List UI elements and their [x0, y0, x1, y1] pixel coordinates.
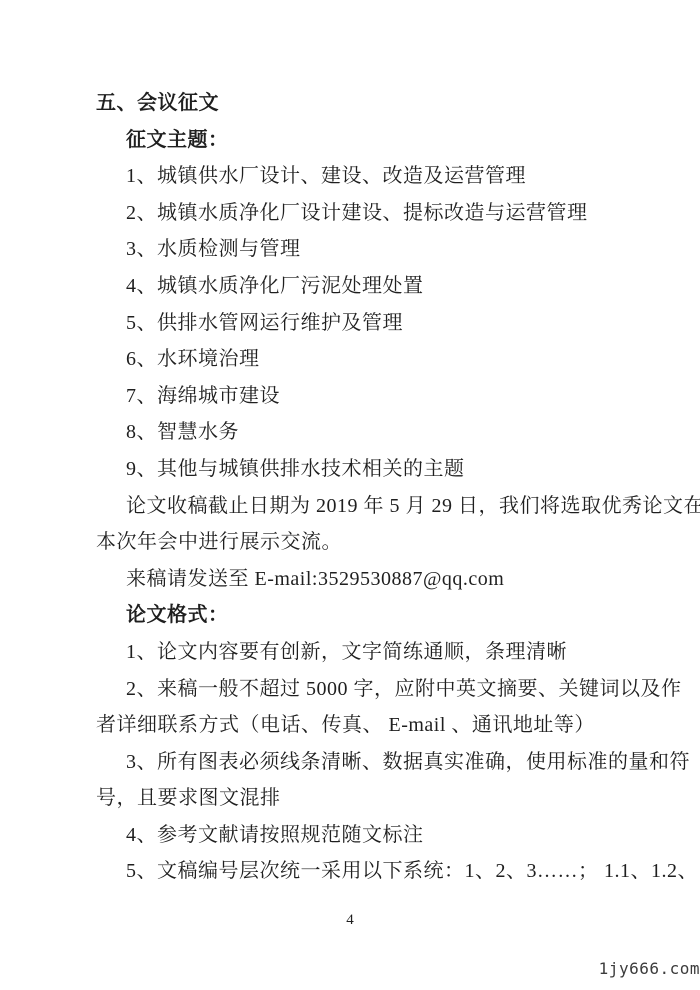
- topic-item: 3、水质检测与管理: [96, 231, 596, 268]
- format-item: 4、参考文献请按照规范随文标注: [96, 817, 596, 854]
- topic-item: 1、城镇供水厂设计、建设、改造及运营管理: [96, 158, 596, 195]
- watermark-url: 1jy666.com: [599, 959, 700, 978]
- format-item: 1、论文内容要有创新，文字简练通顺，条理清晰: [96, 634, 596, 671]
- format-item: 3、所有图表必须线条清晰、数据真实准确，使用标准的量和符: [96, 744, 596, 781]
- format-item-cont: 号，且要求图文混排: [96, 780, 596, 817]
- format-item: 2、来稿一般不超过 5000 字，应附中英文摘要、关键词以及作: [96, 671, 596, 708]
- email-line: 来稿请发送至 E-mail:3529530887@qq.com: [96, 561, 596, 598]
- topic-item: 6、水环境治理: [96, 341, 596, 378]
- sub-heading-format: 论文格式：: [96, 597, 596, 634]
- topic-item: 7、海绵城市建设: [96, 378, 596, 415]
- topic-item: 4、城镇水质净化厂污泥处理处置: [96, 268, 596, 305]
- topic-item: 9、其他与城镇供排水技术相关的主题: [96, 451, 596, 488]
- section-heading: 五、会议征文: [96, 85, 596, 122]
- paragraph-line: 论文收稿截止日期为 2019 年 5 月 29 日，我们将选取优秀论文在: [96, 488, 596, 525]
- topic-item: 2、城镇水质净化厂设计建设、提标改造与运营管理: [96, 195, 596, 232]
- topic-item: 5、供排水管网运行维护及管理: [96, 305, 596, 342]
- page-number: 4: [0, 912, 700, 929]
- sub-heading-topics: 征文主题：: [96, 122, 596, 159]
- document-body: 五、会议征文征文主题：1、城镇供水厂设计、建设、改造及运营管理2、城镇水质净化厂…: [96, 85, 596, 890]
- document-page: 五、会议征文征文主题：1、城镇供水厂设计、建设、改造及运营管理2、城镇水质净化厂…: [0, 0, 700, 990]
- topic-item: 8、智慧水务: [96, 414, 596, 451]
- paragraph-line: 本次年会中进行展示交流。: [96, 524, 596, 561]
- format-item: 5、文稿编号层次统一采用以下系统：1、2、3……； 1.1、1.2、: [96, 853, 596, 890]
- format-item-cont: 者详细联系方式（电话、传真、 E-mail 、通讯地址等）: [96, 707, 596, 744]
